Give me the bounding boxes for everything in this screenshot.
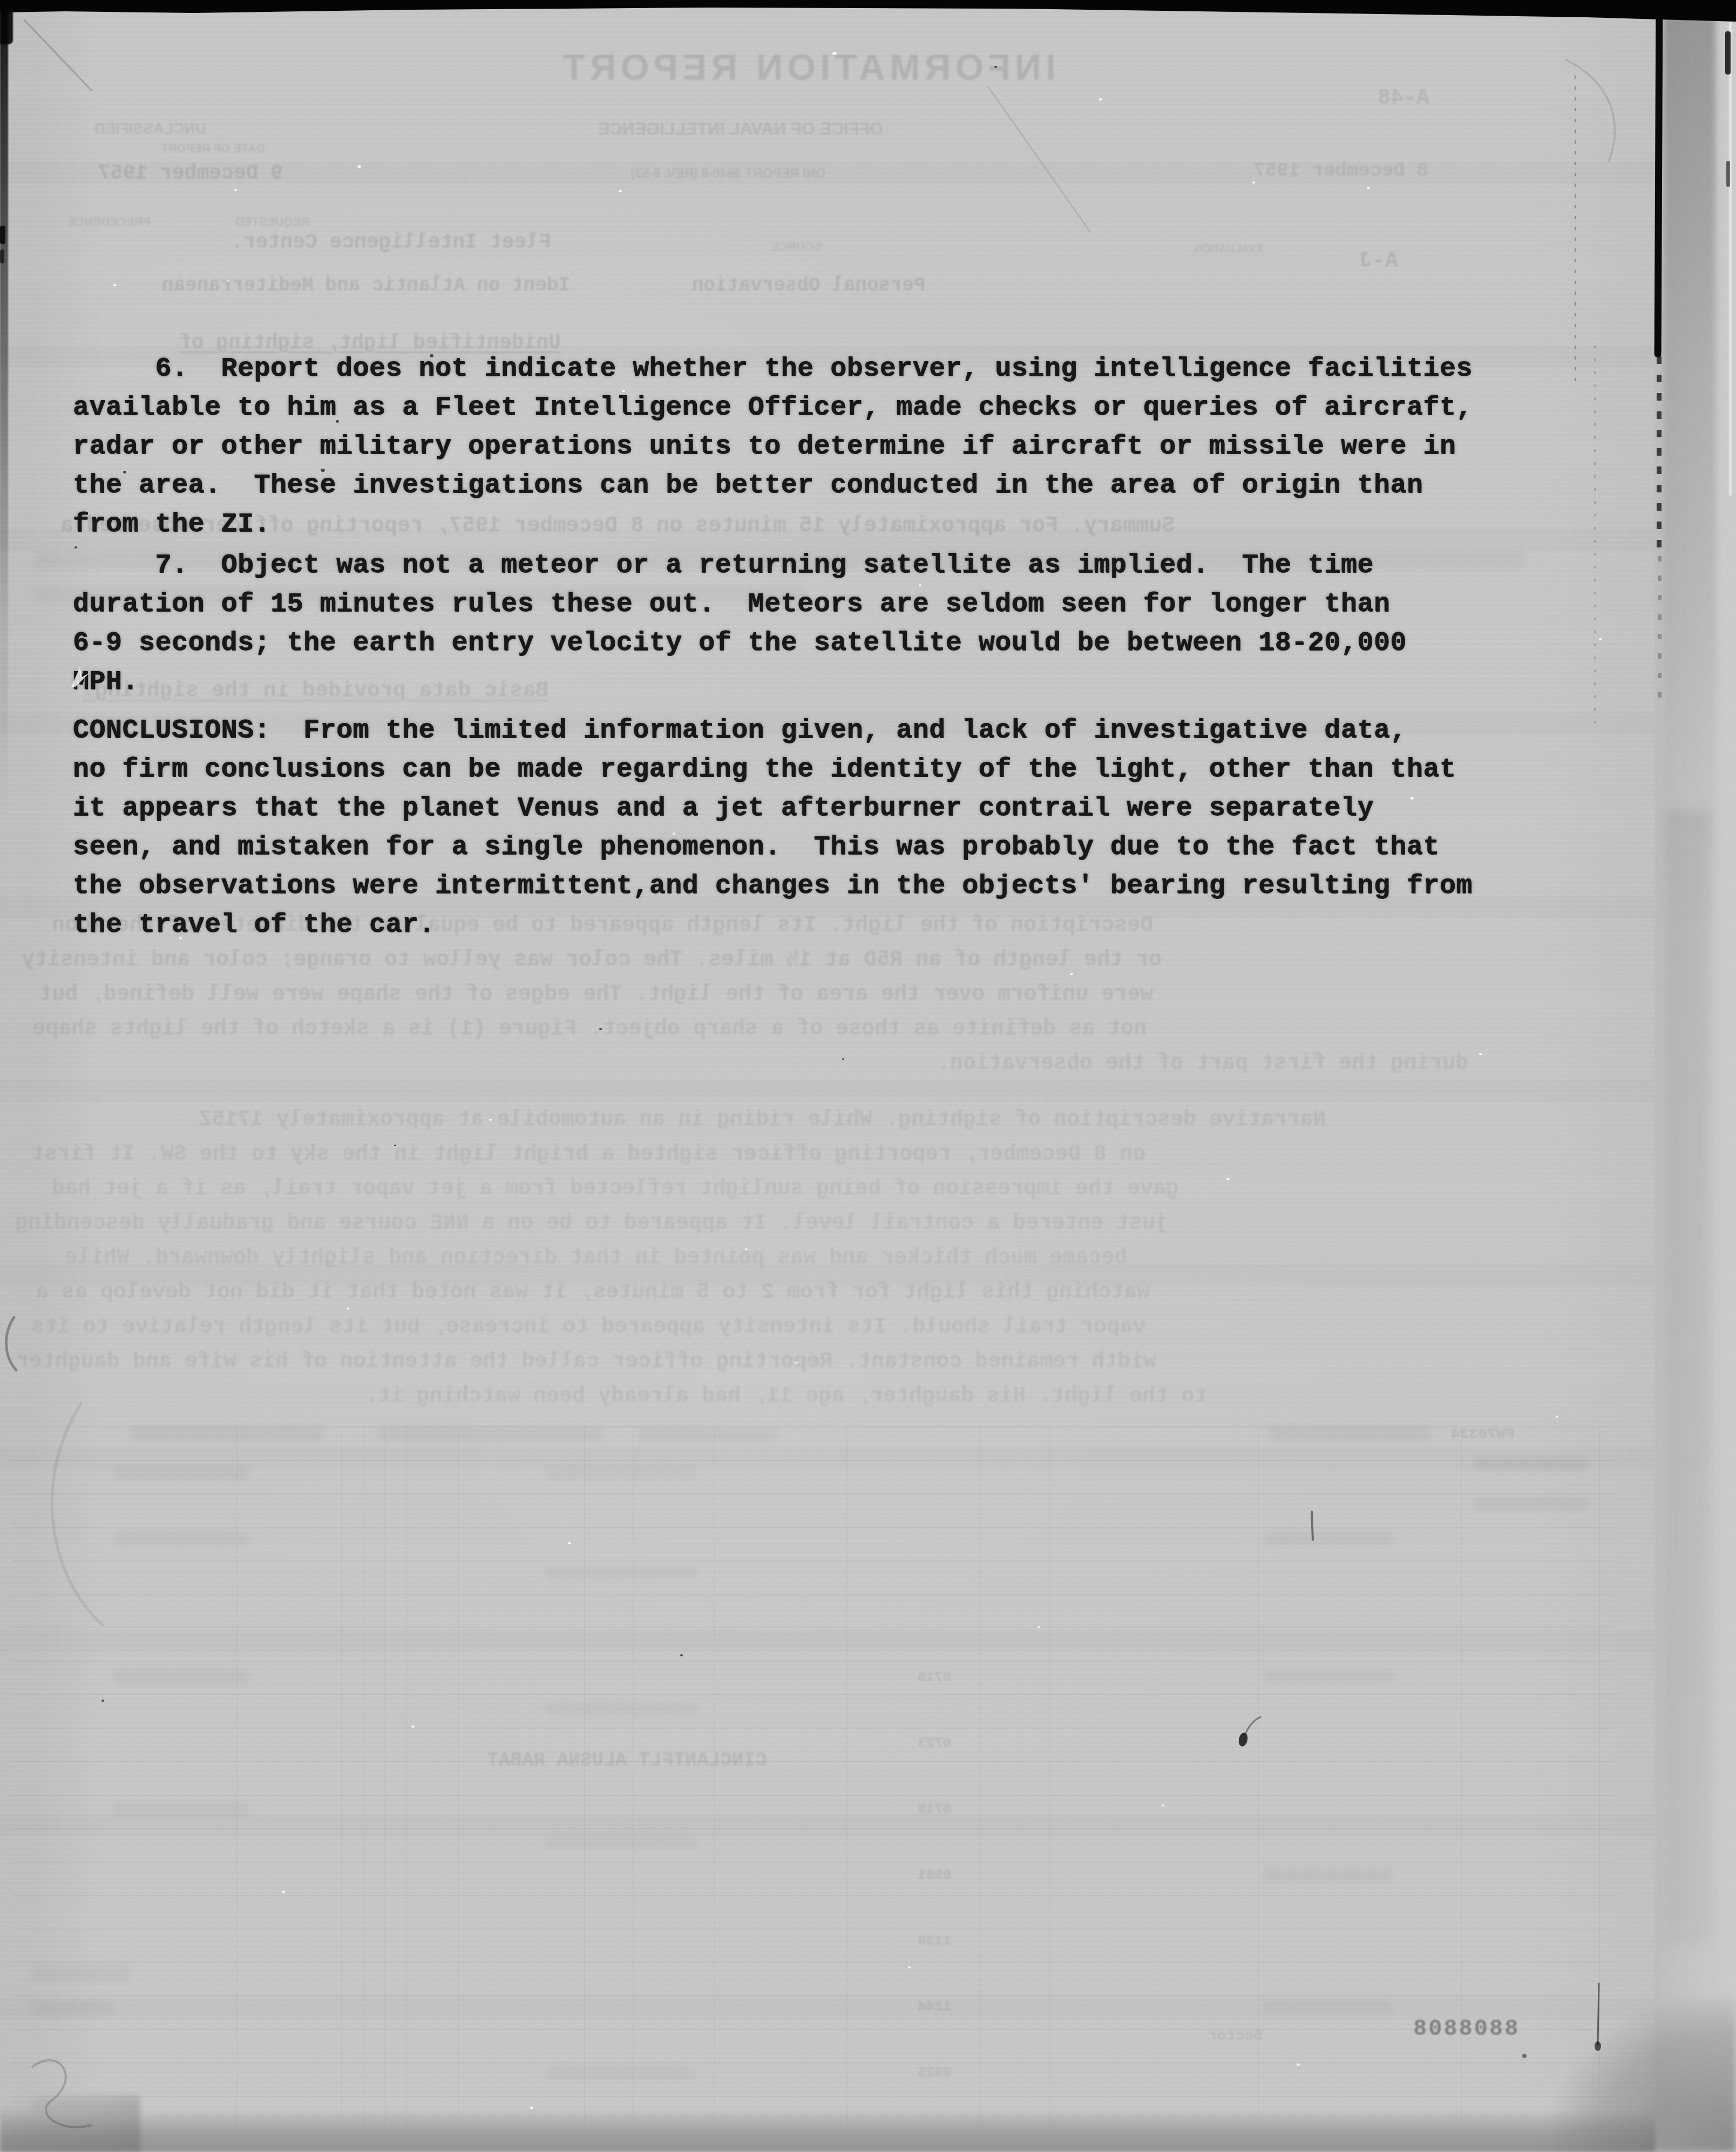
bleedthrough-table-rule bbox=[236, 1426, 238, 2131]
bleedthrough-table-rule bbox=[12, 1828, 1614, 1829]
bleedthrough-smudge bbox=[32, 1966, 130, 1981]
dust-speck bbox=[1099, 98, 1102, 100]
bleedthrough-table-rule bbox=[12, 1928, 1614, 1930]
bleedthrough-line: 0925 bbox=[918, 2065, 951, 2081]
scanned-document-page: INFORMATION REPORTUNCLASSIFIEDOFFICE OF … bbox=[0, 0, 1736, 2152]
bleedthrough-line: vapor trail should. Its intensity appear… bbox=[31, 1315, 1145, 1339]
bleedthrough-table-rule bbox=[12, 1661, 1614, 1662]
bleedthrough-line: watching this light for from 2 to 5 minu… bbox=[36, 1281, 1150, 1305]
page-bottom-shadow bbox=[0, 2109, 1655, 2152]
page-left-edge-mark bbox=[0, 249, 4, 263]
scratch-mark bbox=[24, 19, 92, 91]
bleedthrough-smudge bbox=[545, 1566, 696, 1580]
dust-speck bbox=[1599, 638, 1602, 640]
typed-paragraph-conclusions: CONCLUSIONS: From the limited informatio… bbox=[73, 712, 1595, 945]
bleedthrough-table-rule bbox=[12, 1995, 1614, 1997]
bleedthrough-table-rule bbox=[1049, 1426, 1050, 2131]
dust-speck bbox=[411, 1725, 415, 1728]
bleedthrough-layer: INFORMATION REPORTUNCLASSIFIEDOFFICE OF … bbox=[0, 0, 1736, 2152]
dust-speck bbox=[1367, 187, 1370, 189]
bleedthrough-line: OFFICE OF NAVAL INTELLIGENCE bbox=[598, 119, 883, 139]
bleedthrough-table-rule bbox=[980, 1426, 981, 2131]
dust-speck bbox=[994, 66, 997, 68]
page-right-edge-shadow bbox=[1664, 16, 1715, 934]
dust-speck bbox=[227, 280, 229, 282]
dust-speck bbox=[795, 1362, 798, 1364]
bleedthrough-smudge bbox=[113, 1669, 248, 1684]
page-corner-shadow bbox=[1555, 1998, 1736, 2152]
bleedthrough-line: A-J bbox=[1359, 249, 1398, 274]
scratch-mark bbox=[1565, 59, 1615, 162]
dust-speck bbox=[101, 1700, 104, 1702]
dust-speck bbox=[347, 1308, 349, 1310]
film-scratch-line bbox=[1654, 14, 1663, 357]
bleedthrough-line: ONI REPORT 3640-8 (REV. 8-53) bbox=[630, 166, 826, 181]
typed-paragraph-7: 7. Object was not a meteor or a returnin… bbox=[73, 546, 1563, 702]
bleedthrough-table-rule bbox=[12, 2062, 1614, 2063]
bleedthrough-smudge bbox=[637, 1427, 777, 1442]
bleedthrough-line: or the length of an R5D at 1½ miles. The… bbox=[22, 948, 1162, 972]
bleedthrough-line: 1244 bbox=[918, 1999, 951, 2015]
dust-speck bbox=[489, 1119, 492, 1121]
bleedthrough-smudge bbox=[130, 1425, 324, 1442]
bleedthrough-line: became much thicker and was pointed in t… bbox=[65, 1246, 1127, 1270]
bleedthrough-line: during the first part of the observation… bbox=[937, 1052, 1468, 1076]
dust-speck bbox=[1037, 1626, 1040, 1628]
bleedthrough-table-rule bbox=[341, 1426, 342, 2131]
bleedthrough-smudge bbox=[1269, 1425, 1430, 1442]
ink-blob-tail bbox=[1246, 1717, 1261, 1733]
bleedthrough-line: Personal Observation bbox=[692, 274, 925, 296]
bleedthrough-line: 0715 bbox=[918, 1669, 951, 1686]
bleedthrough-table-rule bbox=[12, 1761, 1614, 1762]
bleedthrough-line: FW70334 bbox=[1451, 1426, 1515, 1443]
microfilm-frame-number: 8088088 bbox=[1413, 2016, 1520, 2042]
dust-speck bbox=[568, 1542, 571, 1544]
bleedthrough-line: just entered a contrail level. It appear… bbox=[15, 1212, 1168, 1236]
bleedthrough-line: Fleet Intelligence Center. bbox=[231, 231, 551, 254]
dust-speck bbox=[680, 1654, 683, 1656]
bleedthrough-table-rule bbox=[12, 1895, 1614, 1896]
bleedthrough-line: CINCLANTFLT ALUSNA RABAT bbox=[487, 1749, 767, 1771]
page-left-edge-streak bbox=[0, 6, 8, 816]
bleedthrough-smudge bbox=[545, 2067, 696, 2081]
bleedthrough-table-rule bbox=[12, 1493, 1614, 1494]
dust-speck bbox=[745, 1248, 748, 1250]
bleedthrough-smudge bbox=[1263, 1532, 1393, 1546]
bleedthrough-line: gave the impression of being sunlight re… bbox=[52, 1177, 1179, 1201]
bleedthrough-line: UNCLASSIFIED bbox=[94, 120, 206, 137]
bleedthrough-line: 8 December 1957 bbox=[1253, 160, 1428, 182]
bleedthrough-smudge bbox=[1263, 1868, 1393, 1882]
bleedthrough-line: 1130 bbox=[918, 1933, 951, 1949]
bleedthrough-smudge bbox=[545, 1835, 696, 1849]
bleedthrough-smudge bbox=[545, 1465, 696, 1479]
bleedthrough-table-rule bbox=[1258, 1426, 1259, 2131]
bleedthrough-smudge bbox=[113, 1532, 248, 1547]
dust-speck bbox=[1070, 973, 1073, 975]
dust-speck bbox=[1556, 1416, 1558, 1418]
paper-fold-line bbox=[1594, 346, 1596, 723]
bleedthrough-table-rule bbox=[12, 1962, 1614, 1963]
bleedthrough-line: EVALUATION bbox=[1194, 243, 1263, 255]
bleedthrough-line: 0723 bbox=[918, 1735, 951, 1751]
dust-speck bbox=[842, 1058, 844, 1060]
bleedthrough-smudge bbox=[32, 2001, 113, 2016]
dust-speck bbox=[113, 284, 117, 286]
dust-speck bbox=[1226, 1178, 1230, 1180]
bleedthrough-table-rule bbox=[458, 1426, 459, 2131]
bleedthrough-line: to the light. His daughter, age 11, had … bbox=[365, 1384, 1207, 1409]
bleedthrough-smudge bbox=[1263, 1669, 1393, 1683]
bleedthrough-table-rule bbox=[12, 2096, 1614, 2097]
bleedthrough-table-rule bbox=[714, 1426, 715, 2131]
page-right-edge-shadow-lower bbox=[1666, 810, 1710, 1944]
bleedthrough-line: Narrative description of sighting. While… bbox=[199, 1108, 1326, 1132]
handwritten-paren-mark bbox=[6, 1317, 16, 1370]
bleedthrough-smudge bbox=[545, 1702, 696, 1716]
film-top-bar bbox=[0, 0, 1736, 22]
bleedthrough-smudge bbox=[113, 1802, 248, 1817]
dust-speck bbox=[1252, 181, 1255, 184]
handwritten-squiggle bbox=[52, 1404, 103, 1625]
bleedthrough-smudge bbox=[378, 1426, 605, 1442]
bleedthrough-line: Sector bbox=[1208, 2028, 1263, 2045]
bleedthrough-table-rule bbox=[12, 1728, 1614, 1729]
paper-fold-line bbox=[1575, 76, 1576, 389]
bleedthrough-table-rule bbox=[406, 1426, 407, 2131]
ink-dot bbox=[1522, 2054, 1527, 2058]
bleedthrough-table-rule bbox=[384, 1426, 385, 2131]
bleedthrough-line: not as definite as those of a sharp obje… bbox=[32, 1017, 1147, 1041]
scan-marks bbox=[0, 0, 1736, 2152]
ink-blob bbox=[1237, 1732, 1249, 1748]
bleedthrough-table-rule bbox=[12, 1460, 1614, 1461]
bleedthrough-table-rule bbox=[12, 1527, 1614, 1528]
bleedthrough-line: Ident on Atlantic and Mediterranean bbox=[162, 274, 570, 296]
bleedthrough-table-rule bbox=[633, 1426, 634, 2131]
dust-speck bbox=[1479, 1053, 1482, 1055]
bleedthrough-table-rule bbox=[12, 2029, 1614, 2030]
page-corner-shadow bbox=[0, 2095, 140, 2152]
bleedthrough-line: width remained constant. Reporting offic… bbox=[16, 1350, 1156, 1374]
scratch-mark bbox=[988, 86, 1090, 232]
dust-speck bbox=[394, 1145, 396, 1146]
bleedthrough-line: REQUESTED bbox=[235, 215, 309, 229]
dust-speck bbox=[619, 190, 622, 192]
bleedthrough-smudge bbox=[1263, 2001, 1393, 2015]
bleedthrough-line: on 8 December, reporting officer sighted… bbox=[31, 1142, 1145, 1167]
bleedthrough-line: 0718 bbox=[918, 1801, 951, 1817]
dust-speck bbox=[599, 1028, 602, 1030]
bleedthrough-table-rule bbox=[12, 1862, 1614, 1863]
dust-speck bbox=[1162, 1804, 1164, 1806]
bleedthrough-smudge bbox=[1473, 1458, 1589, 1472]
dust-speck bbox=[357, 165, 361, 168]
dust-speck bbox=[234, 189, 237, 191]
bleedthrough-smudge bbox=[1473, 1497, 1589, 1511]
bleedthrough-table-rule bbox=[12, 1795, 1614, 1796]
film-grain-layer bbox=[0, 0, 1736, 2152]
bleedthrough-table-rule bbox=[12, 1560, 1614, 1561]
page-left-edge-mark bbox=[0, 6, 13, 44]
bleedthrough-table-rule bbox=[12, 1627, 1614, 1628]
dust-speck bbox=[908, 1966, 911, 1968]
bleedthrough-line: DATE OF REPORT bbox=[161, 141, 265, 155]
bleedthrough-smudge bbox=[113, 1465, 248, 1480]
bleedthrough-table-rule bbox=[12, 1426, 1614, 1427]
bleedthrough-line: 0901 bbox=[918, 1867, 951, 1883]
bleedthrough-table-rule bbox=[12, 1694, 1614, 1695]
bleedthrough-table-rule bbox=[363, 1426, 364, 2131]
film-edge-mark bbox=[1725, 31, 1731, 75]
bleedthrough-line: PRECEDENCE bbox=[68, 215, 151, 229]
bleedthrough-line: 9 December 1957 bbox=[98, 162, 283, 185]
dust-speck bbox=[832, 52, 837, 55]
scratch-mark bbox=[1312, 1512, 1313, 1540]
film-scratch-dotted bbox=[1657, 356, 1662, 556]
film-scratch-dotted bbox=[1658, 556, 1662, 707]
typed-paragraph-6: 6. Report does not indicate whether the … bbox=[73, 350, 1563, 544]
film-edge-highlight bbox=[1729, 10, 1732, 496]
bleedthrough-line: were uniform over the area of the light.… bbox=[39, 983, 1153, 1007]
page-left-edge-mark bbox=[0, 226, 5, 244]
bleedthrough-table-rule bbox=[846, 1426, 847, 2131]
bleedthrough-line: INFORMATION REPORT bbox=[559, 46, 1056, 89]
film-edge-mark bbox=[1726, 161, 1730, 187]
bleedthrough-line: A-48 bbox=[1378, 86, 1429, 111]
bleedthrough-line: SOURCE bbox=[771, 240, 822, 254]
bleedthrough-table-rule bbox=[584, 1426, 585, 2131]
dust-speck bbox=[282, 1891, 285, 1893]
dust-speck bbox=[1297, 2063, 1300, 2066]
bleedthrough-table-rule bbox=[12, 1594, 1614, 1595]
